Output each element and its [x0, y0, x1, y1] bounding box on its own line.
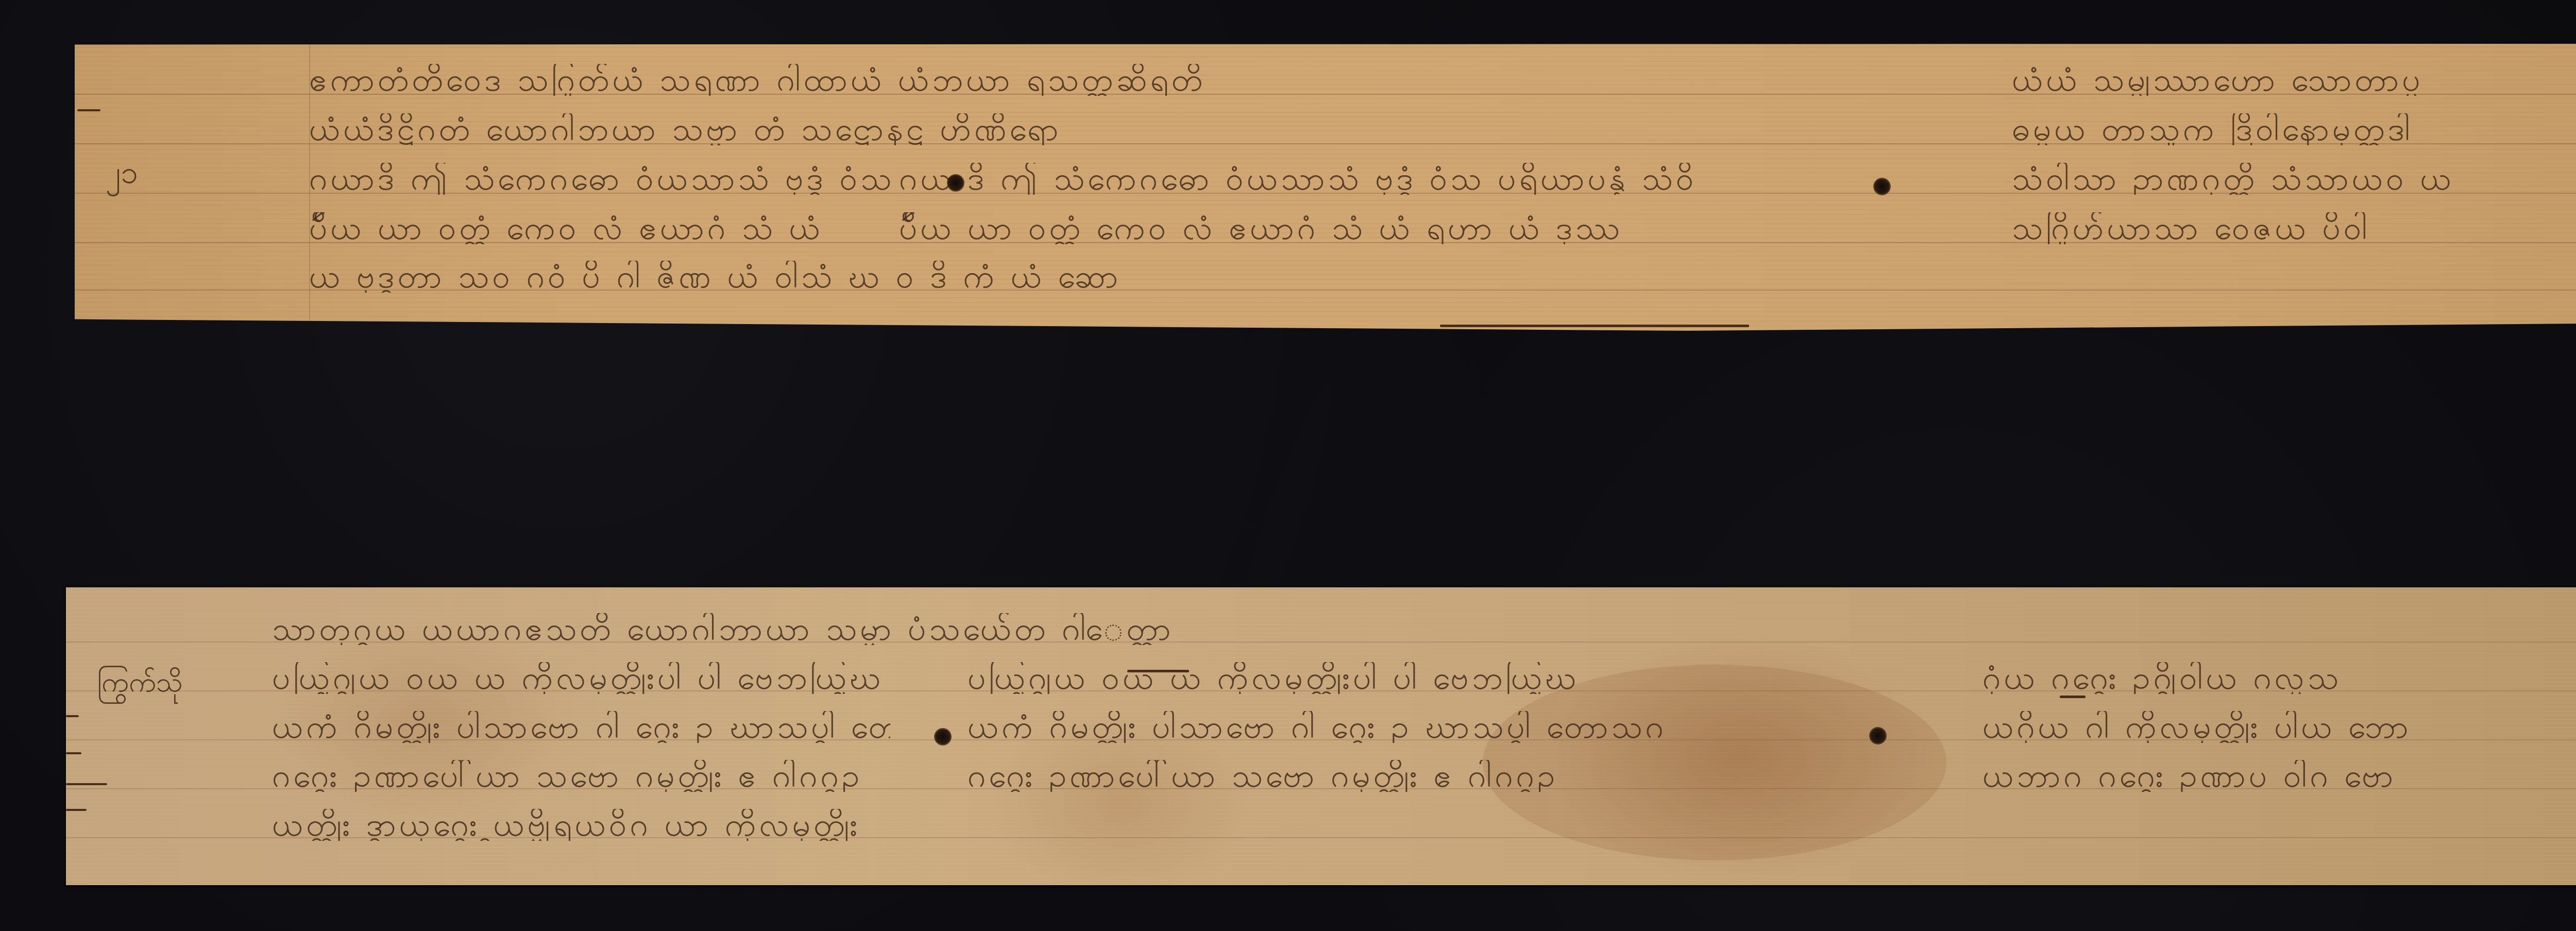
script-right-3: ယဂိုယ ဂါ ကိုလမုတ္တိုး ပါယ ဘော — [1982, 711, 2523, 743]
script-right-2: ဓမ္မယ တာသူက ဒြိဝါနောမုတ္တဒါ — [2012, 113, 2537, 145]
script-line-4a: ပ်ိဴယ ယာ ဝတ္တံ ကေဝ လံ ဧယာဂံ သံ ယံ ရဟာ ယံ… — [309, 212, 824, 244]
script-line-4b: ပ်ိဴယ ယာ ဝတ္တံ ကေဝ လံ ဧယာဂံ သံ ယံ ရဟာ ယံ… — [899, 212, 1620, 244]
script-right-4: ယဘာဂ ဂဂ္ဂေး ဥဏာပ ဝါဂ ဗော — [1982, 760, 2523, 792]
script-line-3b: ယကံ ဂိမတ္တိုး ပါသာဗော ဂါ ဂွေး ဥ ဃာသပွါ တ… — [968, 711, 1792, 743]
script-line-3b: ဂယာဒိ ဤ သံဂောဂဓော ဝံယသာသံ ဗုဒ္ဓံ ဝံသ ပရိ… — [899, 163, 1775, 195]
punch-hole — [1869, 727, 1887, 744]
script-right-3: သံဝါသာ ဥာဏဂုတ္တိ သံသာယဝ ယ — [2012, 163, 2537, 195]
edge-damage — [66, 752, 81, 754]
edge-damage — [66, 715, 79, 717]
script-right-4: သဂြိုဟ်ယာသာ ဝေဇယ ပိဝါ — [2012, 212, 2537, 244]
script-line-1: ဧကာတံတိဝေဒ သဂြုတ်ယံ သရဏာ ဂါထာယံ ယံဘယာ ရသ… — [309, 64, 2241, 96]
script-line-4a: ဂဂွေး ဥဏာပေါ်ယာ သဗော ဂမုတ္တိုး ဧ ဂါဂဂ္ဂဥ — [272, 760, 890, 792]
script-line-2a: ပယ္ဂြဂ္ဂုယ ဝယ ယ ကိုလမုတ္တိုးပါ ပါ ဗေဘယ္ဂ… — [272, 662, 942, 694]
punch-hole — [1873, 178, 1891, 195]
script-line-5: ယ ဗုဒ္ဓတာ သဝ ဂဝံ ပိ ဂါ ဇိဏ ယံ ဝါသံ ဃ ဝ ဒ… — [309, 261, 2576, 293]
script-line-2b: ပယ္ဂြဂ္ဂုယ ဝယ ယ ကိုလမုတ္တိုးပါ ပါ ဗေဘယ္ဂ… — [968, 662, 1946, 694]
palm-leaf-bottom: ကြွက်သို သာတုဂ္ဂယ ယယာဂဧသတိ ယောဂါဘာယာ သမ္… — [66, 587, 2576, 885]
leaf-number-label: ၂၁ — [106, 153, 138, 198]
edge-damage — [66, 809, 87, 811]
script-line-3a: ယကံ ဂိမတ္တိုး ပါသာဗော ဂါ ဂွေး ဥ ဃာသပွါ တ… — [272, 711, 890, 743]
punch-hole — [947, 174, 964, 192]
script-line-5: ယတ္တိုး ဒွာယုဂ္ဂွေး ယဗ္ဗိုရယဝိဂ ယာ ကိုလမ… — [272, 809, 2576, 841]
script-line-2: ယံယံဒိဋ္ဌိဂတံ ယောဂါဘယာ သဗ္ဗာ တံ သဋ္ဌောနဋ… — [309, 113, 1803, 145]
palm-leaf-top: ၂၁ ဧကာတံတိဝေဒ သဂြုတ်ယံ သရဏာ ဂါထာယံ ယံဘယာ… — [75, 42, 2576, 331]
script-right-2: ဂုံယ ဂဂွေး ဥဂ္ဂိုဝါယ ဂလ္ပသ — [1982, 662, 2523, 694]
edge-damage — [1440, 325, 1749, 327]
punch-hole — [934, 728, 952, 746]
crack-mark — [2060, 696, 2086, 698]
script-line-3a: ဂယာဒိ ဤ သံဂောဂဓော ဝံယသာသံ ဗုဒ္ဓံ ဝံသ ပရိ… — [309, 163, 902, 195]
script-line-1: သာတုဂ္ဂယ ယယာဂဧသတိ ယောဂါဘာယာ သမ္ဗာ ပံသယ်ေ… — [272, 613, 2576, 645]
script-right-1: ယံယံ သမ္မုဿာဟော သောတာပ္ပ — [2012, 64, 2537, 96]
edge-damage — [66, 783, 107, 785]
script-line-4b: ဂဂွေး ဥဏာပေါ်ယာ သဗော ဂမုတ္တိုး ဧ ဂါဂဂ္ဂဥ — [968, 760, 1895, 792]
leaf-title-label: ကြွက်သို — [97, 665, 183, 705]
crack-mark — [1127, 670, 1189, 672]
edge-damage — [77, 109, 100, 111]
